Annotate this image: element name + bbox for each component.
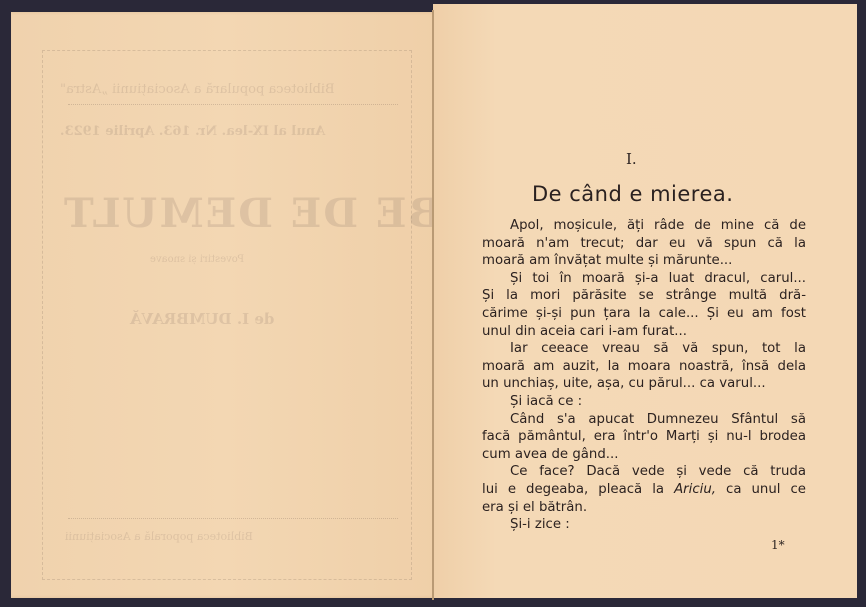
- text-line: cum avea de gând...: [482, 446, 806, 464]
- chapter-body: Apol, moșicule, ăți râde de mine că de m…: [482, 217, 806, 534]
- text-line: Și la mori părăsite se strânge multă dră…: [482, 287, 806, 305]
- text-line-with-italic: lui e degeaba, pleacă la Ariciu, ca unul…: [482, 481, 806, 499]
- text-line: Iar ceeace vreau să vă spun, tot la: [482, 340, 806, 358]
- text-line: Și-i zice :: [482, 516, 806, 534]
- chapter-number: I.: [626, 150, 637, 168]
- text-line: Apol, moșicule, ăți râde de mine că de: [482, 217, 806, 235]
- text-line: un unchiaș, uite, așa, cu părul... ca va…: [482, 375, 806, 393]
- text-fragment: lui e degeaba, pleacă la: [482, 482, 674, 497]
- show-through-footer: Biblioteca poporală a Asociațiunii: [65, 530, 253, 543]
- show-through-issue-line: Anul al IX-lea. Nr. 163. Aprilie 1923.: [60, 124, 325, 139]
- italic-word: Ariciu,: [674, 482, 716, 497]
- show-through-author: de I. DUMBRAVĂ: [130, 310, 274, 328]
- text-line: Și iacă ce :: [482, 393, 806, 411]
- text-line: moară am învățat multe și mărunte...: [482, 252, 806, 270]
- text-line: cărime și-și pun țara la cale... Și eu a…: [482, 305, 806, 323]
- text-line: moară am auzit, la moara noastră, însă d…: [482, 358, 806, 376]
- show-through-rule: [68, 104, 398, 106]
- show-through-header: Biblioteca populară a Asociațiunii „Astr…: [60, 82, 335, 97]
- text-line: moară n'am trecut; dar eu vă spun că la: [482, 235, 806, 253]
- text-line: Ce face? Dacă vede și vede că truda: [482, 463, 806, 481]
- text-fragment: ca unul ce: [716, 482, 806, 497]
- book-gutter: [432, 10, 434, 600]
- chapter-title: De când e mierea.: [532, 182, 733, 206]
- show-through-subtitle: Povestiri și snoave: [150, 254, 244, 265]
- signature-mark: 1*: [771, 538, 785, 552]
- text-line: era și el bătrân.: [482, 499, 806, 517]
- text-line: Și toi în moară și-a luat dracul, carul.…: [482, 270, 806, 288]
- text-line: Când s'a apucat Dumnezeu Sfântul să: [482, 411, 806, 429]
- text-line: facă pământul, era într'o Marți și nu-l …: [482, 428, 806, 446]
- text-line: unul din aceia cari i-am furat...: [482, 323, 806, 341]
- show-through-rule: [68, 518, 398, 520]
